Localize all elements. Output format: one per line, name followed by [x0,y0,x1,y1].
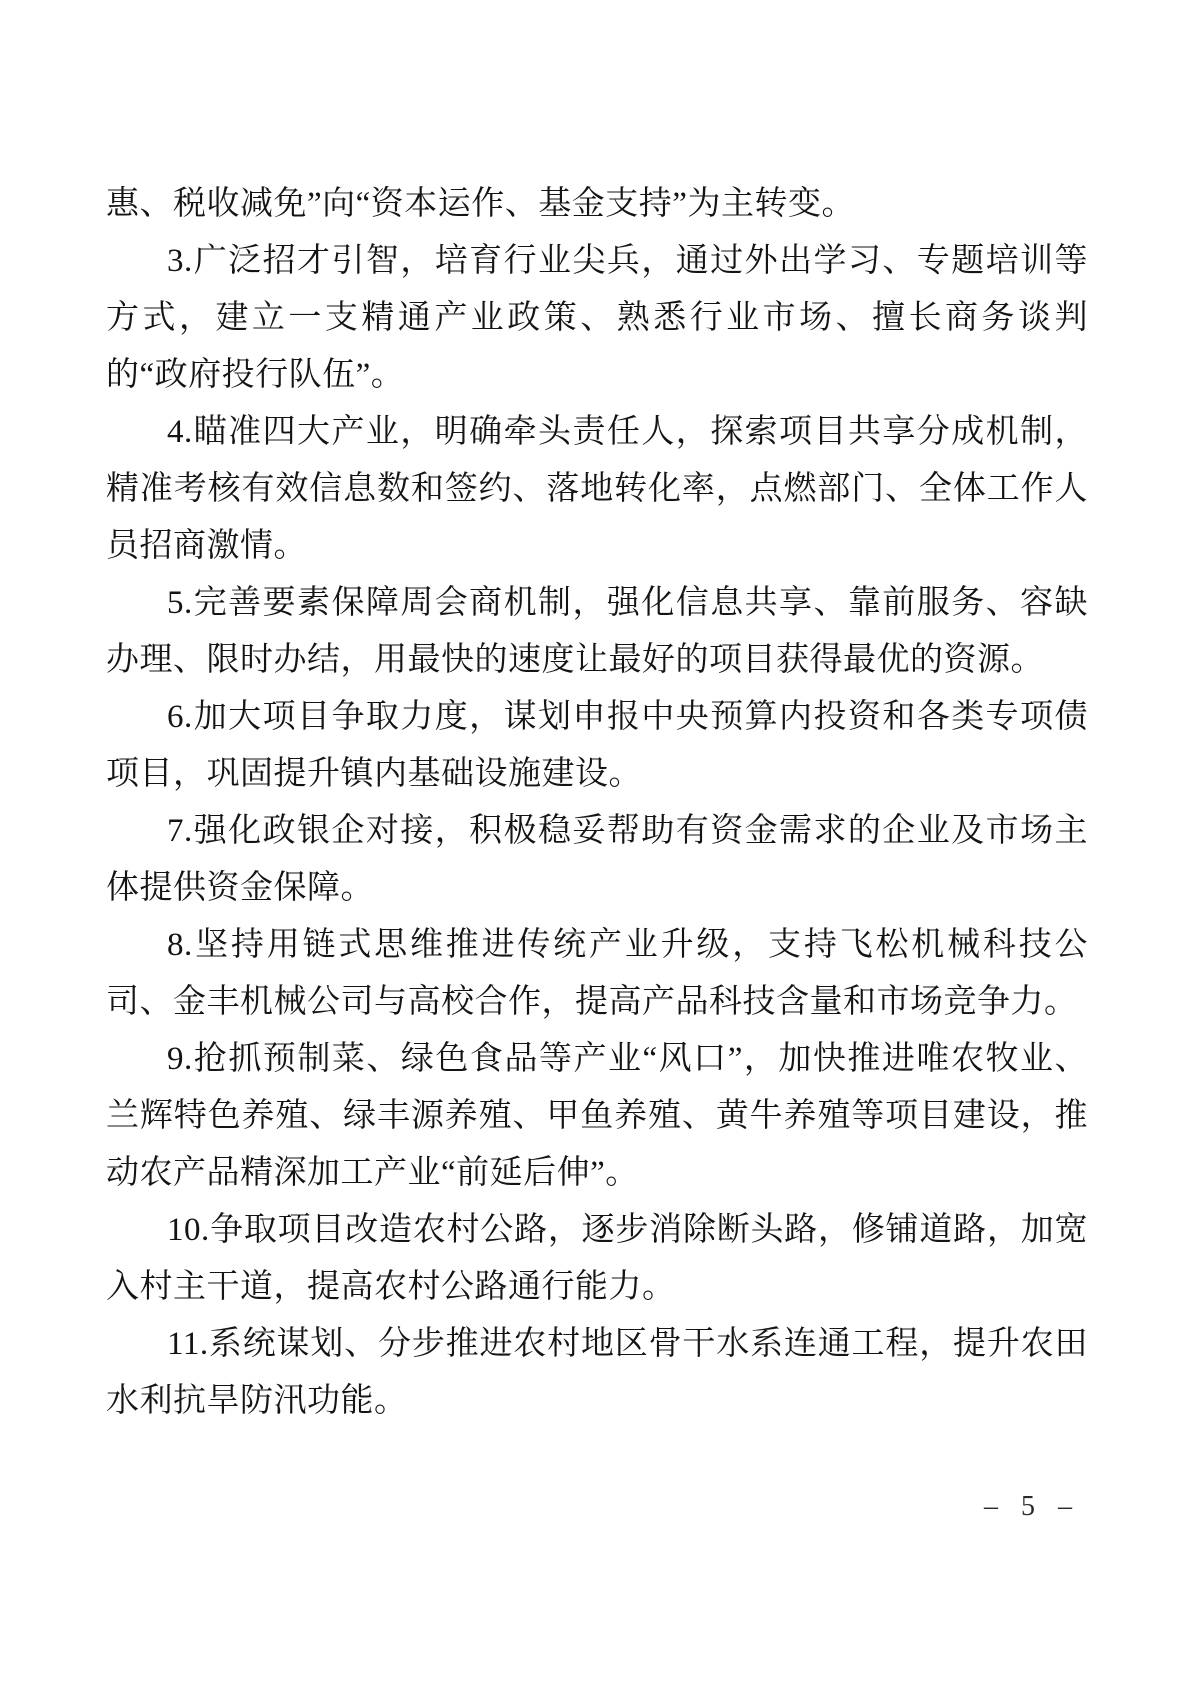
paragraph: 8.坚持用链式思维推进传统产业升级，支持飞松机械科技公司、金丰机械公司与高校合作… [106,917,1088,1031]
document-body-text: 惠、税收减免”向“资本运作、基金支持”为主转变。3.广泛招才引智，培育行业尖兵，… [106,176,1088,1430]
paragraph: 7.强化政银企对接，积极稳妥帮助有资金需求的企业及市场主体提供资金保障。 [106,803,1088,917]
paragraph: 6.加大项目争取力度，谋划申报中央预算内投资和各类专项债项目，巩固提升镇内基础设… [106,689,1088,803]
paragraph: 9.抢抓预制菜、绿色食品等产业“风口”，加快推进唯农牧业、兰辉特色养殖、绿丰源养… [106,1031,1088,1202]
paragraph: 11.系统谋划、分步推进农村地区骨干水系连通工程，提升农田水利抗旱防汛功能。 [106,1316,1088,1430]
paragraph: 惠、税收减免”向“资本运作、基金支持”为主转变。 [106,176,1088,233]
paragraph: 3.广泛招才引智，培育行业尖兵，通过外出学习、专题培训等方式，建立一支精通产业政… [106,233,1088,404]
paragraph: 10.争取项目改造农村公路，逐步消除断头路，修铺道路，加宽入村主干道，提高农村公… [106,1202,1088,1316]
paragraph: 5.完善要素保障周会商机制，强化信息共享、靠前服务、容缺办理、限时办结，用最快的… [106,575,1088,689]
document-page: 惠、税收减免”向“资本运作、基金支持”为主转变。3.广泛招才引智，培育行业尖兵，… [0,0,1190,1683]
page-number: – 5 – [984,1491,1080,1523]
paragraph: 4.瞄准四大产业，明确牵头责任人，探索项目共享分成机制，精准考核有效信息数和签约… [106,404,1088,575]
